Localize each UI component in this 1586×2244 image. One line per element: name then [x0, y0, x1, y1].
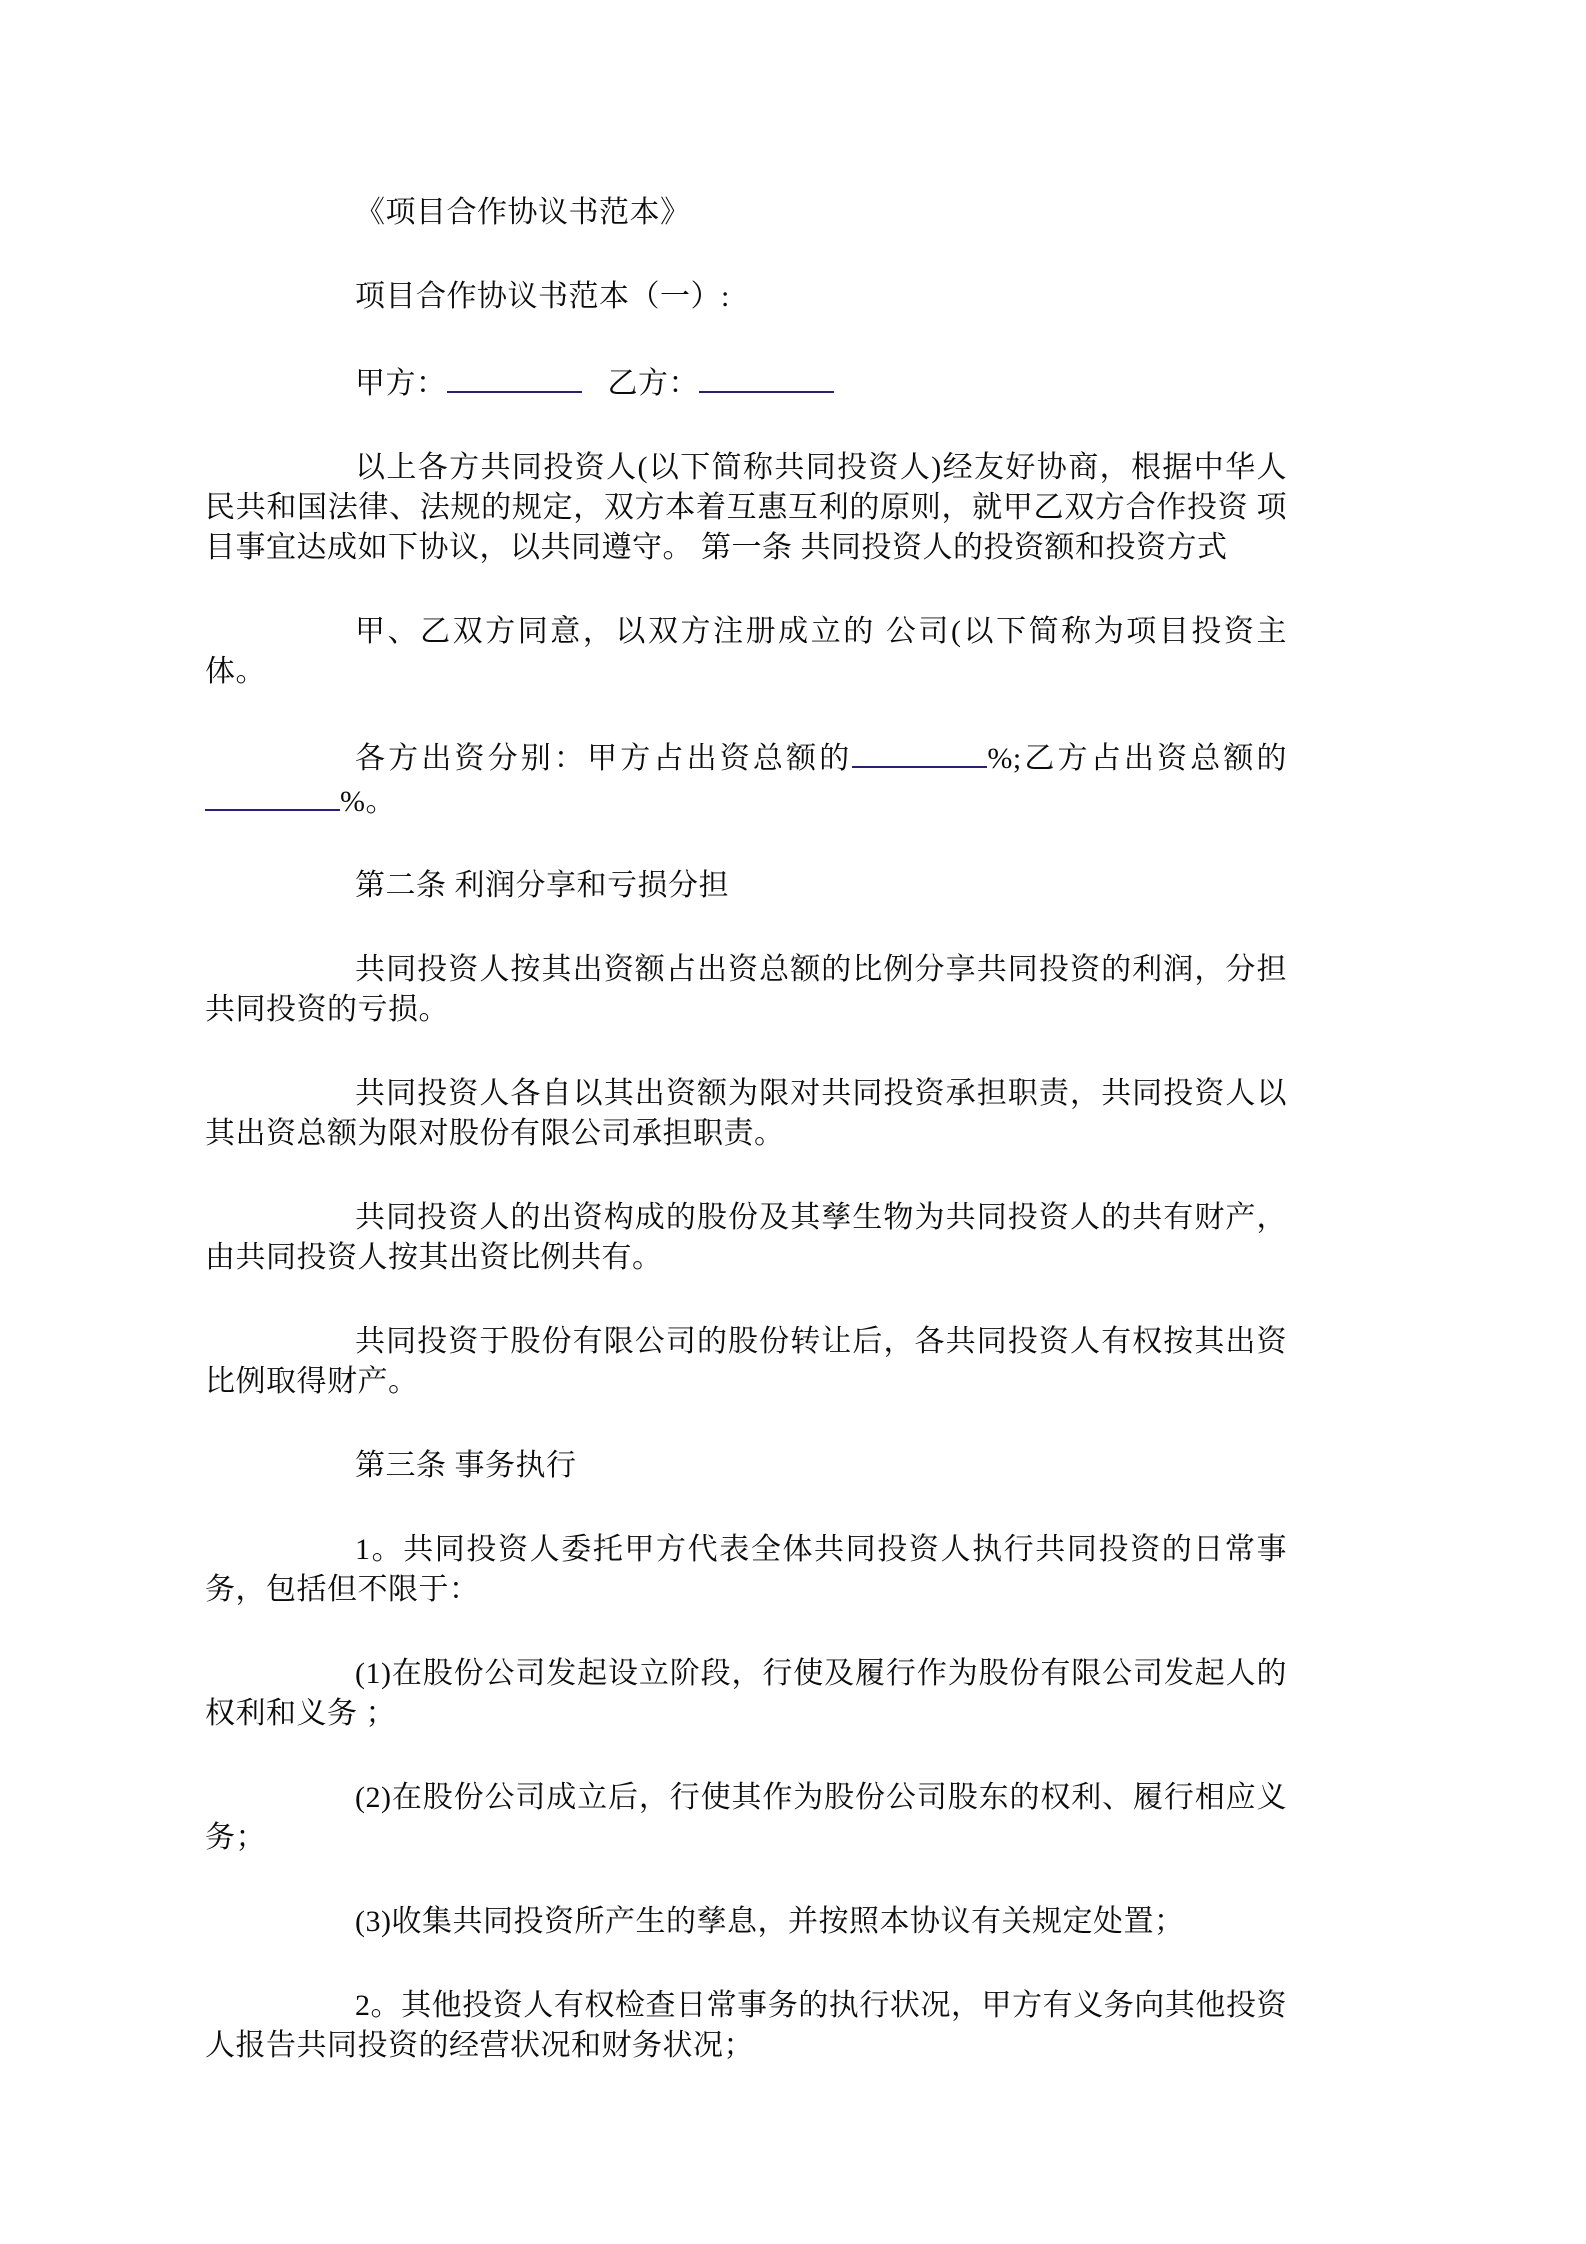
party-b-blank: [699, 361, 834, 393]
party-b-label: 乙方：: [608, 367, 700, 400]
party-a-label: 甲方：: [355, 367, 447, 400]
paragraph-liability: 共同投资人各自以其出资额为限对共同投资承担职责，共同投资人以其出资总额为限对股份…: [205, 1074, 1287, 1154]
paragraph-item1-3: (3)收集共同投资所产生的孳息，并按照本协议有关规定处置；: [205, 1902, 1287, 1942]
doc-title: 《项目合作协议书范本》: [205, 193, 1287, 233]
parties-line: 甲方：乙方：: [205, 361, 1287, 404]
paragraph-share-transfer: 共同投资于股份有限公司的股份转让后，各共同投资人有权按其出资比例取得财产。: [205, 1322, 1287, 1402]
capital-blank-a: [852, 736, 987, 768]
paragraph-item2: 2。其他投资人有权检查日常事务的执行状况，甲方有义务向其他投资人报告共同投资的经…: [205, 1986, 1287, 2066]
paragraph-common-property: 共同投资人的出资构成的股份及其孳生物为共同投资人的共有财产，由共同投资人按其出资…: [205, 1198, 1287, 1278]
doc-subtitle: 项目合作协议书范本（一）:: [205, 277, 1287, 317]
paragraph-intro: 以上各方共同投资人(以下简称共同投资人)经友好协商，根据中华人民共和国法律、法规…: [205, 448, 1287, 568]
paragraph-item1-1: (1)在股份公司发起设立阶段，行使及履行作为股份有限公司发起人的权利和义务 ；: [205, 1654, 1287, 1734]
document-page: 《项目合作协议书范本》 项目合作协议书范本（一）: 甲方：乙方： 以上各方共同投…: [0, 0, 1586, 2244]
capital-text-tail: %。: [340, 785, 396, 818]
capital-blank-b: [205, 779, 340, 811]
capital-contribution-line: 各方出资分别：甲方占出资总额的%;乙方占出资总额的%。: [205, 736, 1287, 822]
capital-text-pre: 各方出资分别：甲方占出资总额的: [355, 742, 852, 775]
document-content: 《项目合作协议书范本》 项目合作协议书范本（一）: 甲方：乙方： 以上各方共同投…: [205, 193, 1287, 2110]
section-heading-article3: 第三条 事务执行: [205, 1446, 1287, 1486]
capital-text-mid: %;乙方占出资总额的: [987, 742, 1287, 775]
paragraph-agreement: 甲、乙双方同意，以双方注册成立的 公司(以下简称为项目投资主体。: [205, 612, 1287, 692]
section-heading-article2: 第二条 利润分享和亏损分担: [205, 866, 1287, 906]
paragraph-item1-2: (2)在股份公司成立后，行使其作为股份公司股东的权利、履行相应义务；: [205, 1778, 1287, 1858]
party-a-blank: [447, 361, 582, 393]
paragraph-item1: 1。共同投资人委托甲方代表全体共同投资人执行共同投资的日常事务，包括但不限于：: [205, 1530, 1287, 1610]
paragraph-profit-share: 共同投资人按其出资额占出资总额的比例分享共同投资的利润，分担共同投资的亏损。: [205, 950, 1287, 1030]
